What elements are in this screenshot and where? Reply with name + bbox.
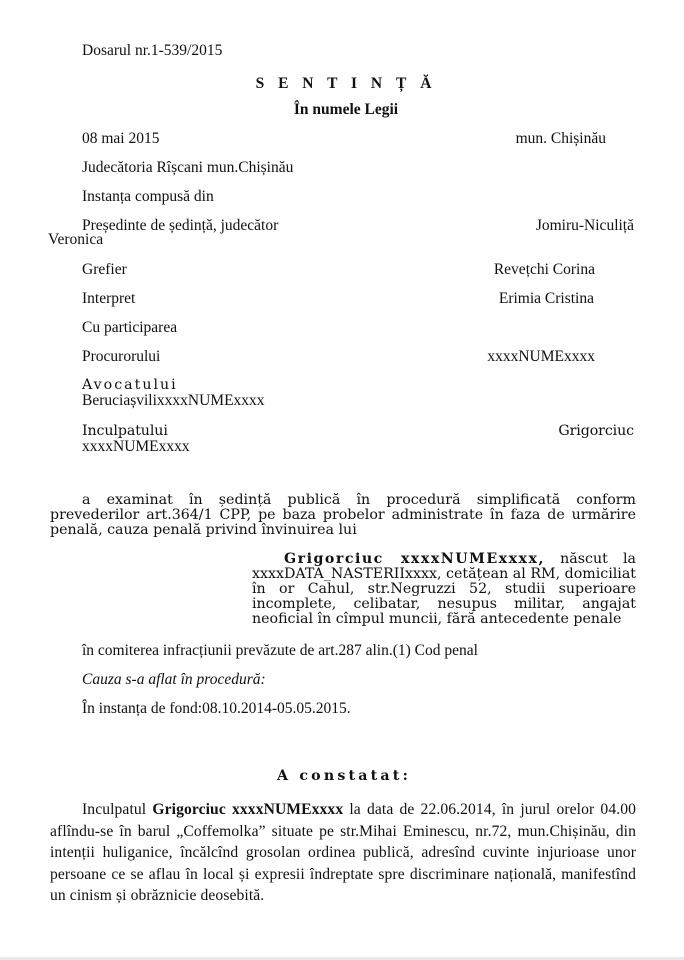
court-name: Judecătoria Rîșcani mun.Chișinău <box>82 159 293 177</box>
participant-name-clerk: Revețchi Corina <box>494 261 595 279</box>
case-number: Dosarul nr.1-539/2015 <box>82 42 222 60</box>
participant-role-judge: Președinte de ședință, judecător <box>82 217 278 235</box>
document-subtitle: În numele Legii <box>0 101 684 119</box>
findings-heading: A constatat: <box>0 768 684 784</box>
document-page: Dosarul nr.1-539/2015 S E N T I N Ț Ă În… <box>0 0 684 957</box>
composition-label: Instanța compusă din <box>82 188 214 206</box>
findings-defendant-name: Grigorciuc xxxxNUMExxxx <box>152 801 343 818</box>
participant-name-defendant: Grigorciuc <box>558 423 634 439</box>
participant-role-clerk: Grefier <box>82 261 127 279</box>
participant-role-lawyer: Avocatului <box>82 377 178 393</box>
participant-name-interpreter: Erimia Cristina <box>499 290 594 308</box>
procedure-label: Cauza s-a aflat în procedură: <box>82 671 266 689</box>
participant-name-lawyer: BeruciașvilixxxxNUMExxxx <box>82 392 265 410</box>
participant-name-judge-continued: Veronica <box>48 231 103 249</box>
participant-name-defendant-continued: xxxxNUMExxxx <box>82 438 190 456</box>
defendant-details-block: Grigorciuc xxxxNUMExxxx, născut la xxxxD… <box>252 552 636 627</box>
examination-text: a examinat în ședință publică în procedu… <box>50 492 636 538</box>
examination-paragraph: a examinat în ședință publică în procedu… <box>50 493 636 538</box>
findings-prefix: Inculpatul <box>82 801 146 818</box>
participant-role-defendant: Inculpatului <box>82 423 168 439</box>
participant-name-judge: Jomiru-Niculiță <box>536 217 634 235</box>
participant-role-interpreter: Interpret <box>82 290 135 308</box>
sentence-location: mun. Chișinău <box>516 130 606 148</box>
participant-role-prosecutor: Procurorului <box>82 348 160 366</box>
findings-paragraph: Inculpatul Grigorciuc xxxxNUMExxxx la da… <box>50 799 636 907</box>
trial-period: În instanța de fond:08.10.2014-05.05.201… <box>82 700 351 718</box>
defendant-name: Grigorciuc xxxxNUMExxxx, <box>284 551 545 567</box>
participant-name-prosecutor: xxxxNUMExxxx <box>487 348 595 366</box>
participation-label: Cu participarea <box>82 319 177 337</box>
charge-text: în comiterea infracțiunii prevăzute de a… <box>82 642 478 660</box>
sentence-date: 08 mai 2015 <box>82 130 160 148</box>
document-title: S E N T I N Ț Ă <box>0 75 684 93</box>
